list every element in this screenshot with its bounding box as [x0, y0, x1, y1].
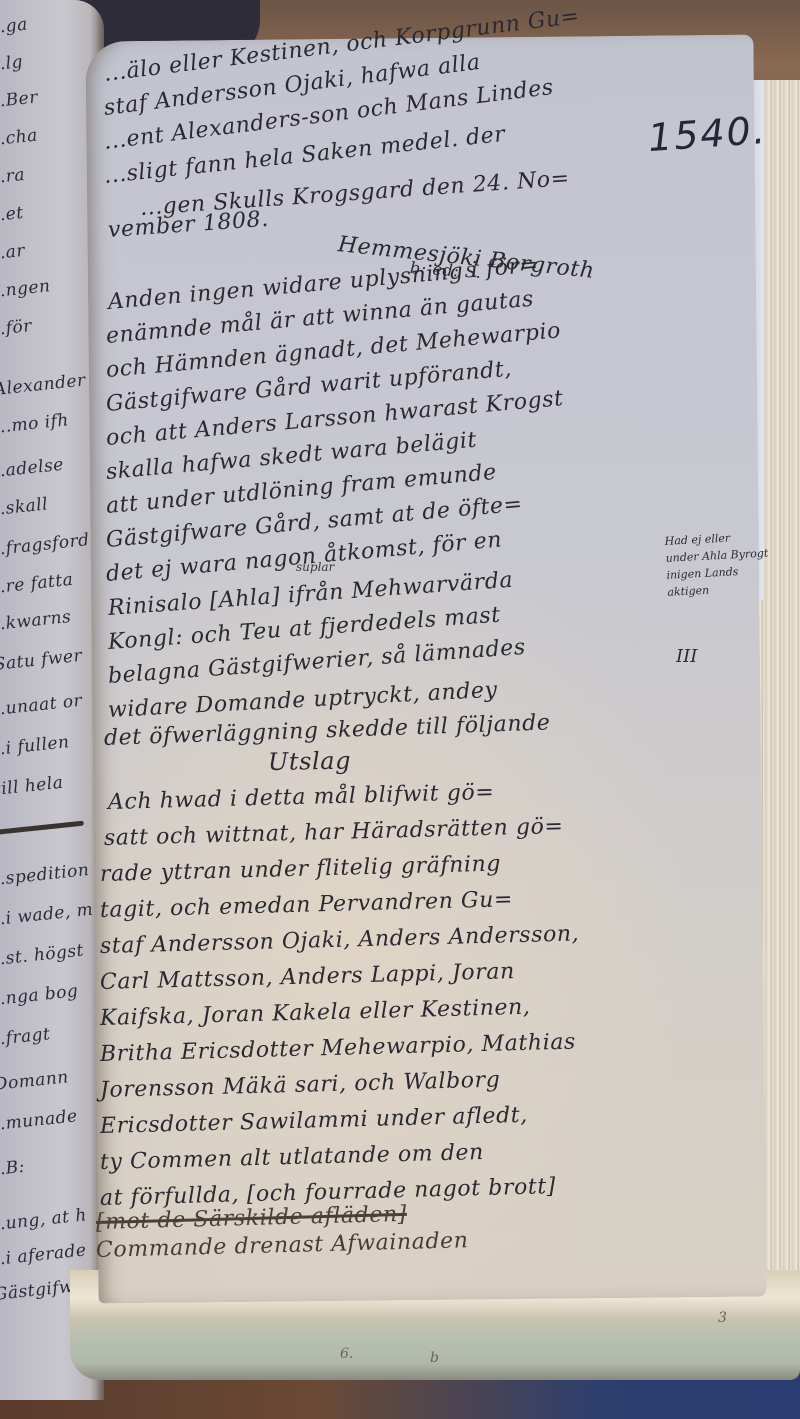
facing-page-line: ...mo ifh — [0, 410, 70, 438]
facing-page-line: ..unaat or — [0, 691, 83, 720]
facing-page-line: ..munade — [0, 1106, 78, 1135]
facing-page-line: Domann — [0, 1067, 70, 1095]
stack-mark: 3 — [718, 1310, 727, 1326]
folio-number: 1540. — [647, 108, 769, 160]
facing-page-line: ..B: — [0, 1157, 26, 1180]
facing-page-line: ..nga bog — [0, 981, 79, 1010]
facing-page-line: ..st. högst — [0, 941, 85, 970]
facing-page-line: ..i aferade — [0, 1240, 87, 1270]
photo-scene: ..ga ..lg ..Ber ..cha ..ra ..et ..ar ..n… — [0, 0, 800, 1419]
stack-mark: 6. — [340, 1346, 353, 1362]
facing-page-line: till hela — [0, 773, 64, 800]
facing-page-line: ..ung, at h — [0, 1205, 88, 1235]
facing-page-line: ..skall — [0, 494, 49, 520]
facing-page-line: ..ngen — [0, 276, 51, 302]
margin-annotation: Had ej eller under Ahla Byrogt inigen La… — [664, 527, 777, 601]
facing-page-line: ..re fatta — [0, 570, 74, 598]
facing-page-line: ..adelse — [0, 455, 65, 482]
facing-page-line: ..Ber — [0, 87, 39, 111]
facing-page-line: ..spedition — [0, 860, 90, 890]
facing-page-struck-line — [0, 821, 84, 830]
facing-page-line: ..för — [0, 316, 33, 340]
margin-mark: III — [676, 646, 697, 667]
stack-mark: b — [430, 1350, 439, 1366]
section-heading: Utslag — [268, 747, 352, 776]
facing-page-line: ..ga — [0, 15, 29, 38]
facing-page-line: Alexander — [0, 370, 87, 400]
facing-page-line: ..ra — [0, 165, 26, 188]
facing-page-line: ..kwarns — [0, 607, 72, 635]
facing-page-line: ..ar — [0, 241, 26, 264]
facing-page-line: ..i wade, m — [0, 900, 94, 930]
facing-page-line: ..cha — [0, 125, 39, 149]
facing-page-line: ..i fullen — [0, 732, 70, 760]
interlinear-insertion: suplar — [296, 560, 334, 574]
facing-page-line: ..fragt — [0, 1024, 51, 1050]
facing-page-line: ..fragsford — [0, 530, 91, 560]
facing-page-line: ..et — [0, 203, 25, 226]
facing-page-line: Satu fwer — [0, 646, 83, 675]
facing-page-line: ..lg — [0, 52, 24, 75]
